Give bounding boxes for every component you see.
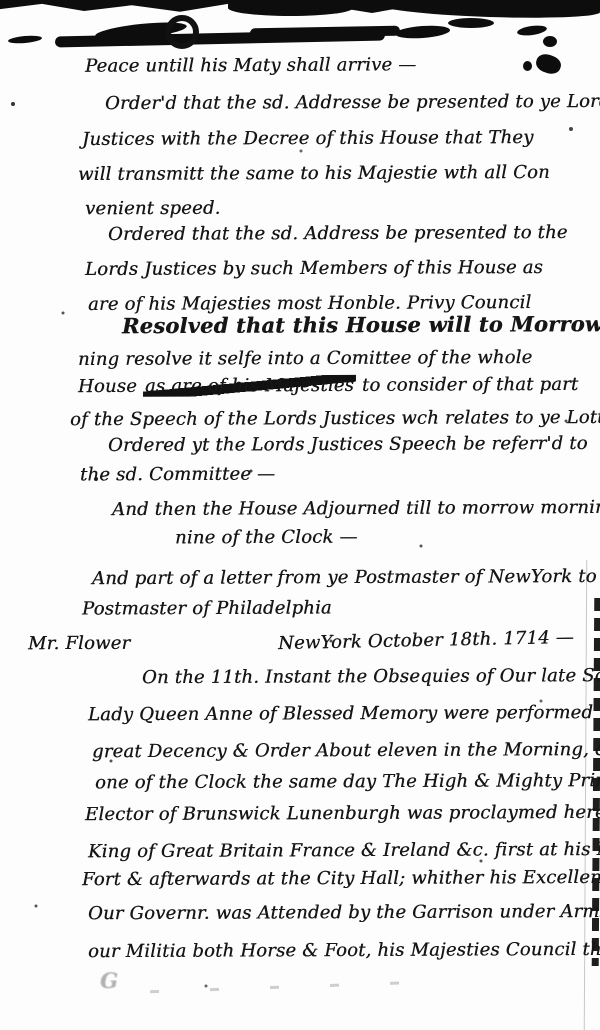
ink-blot	[517, 24, 548, 37]
torn-edge-blot	[228, 0, 353, 16]
ink-smear	[8, 35, 42, 45]
manuscript-line: And then the House Adjourned till to mor…	[112, 497, 600, 520]
manuscript-line: Order'd that the sd. Addresse be present…	[105, 91, 600, 114]
ink-curl	[165, 15, 199, 49]
manuscript-line: Our Governr. was Attended by the Garriso…	[88, 901, 600, 924]
ink-smear	[395, 24, 451, 40]
ink-blot	[543, 36, 557, 47]
manuscript-line: one of the Clock the same day The High &…	[95, 770, 600, 794]
manuscript-line: nine of the Clock —	[175, 527, 358, 549]
manuscript-line: Lady Queen Anne of Blessed Memory were p…	[88, 702, 600, 726]
torn-edge-blot	[380, 0, 600, 20]
manuscript-line-with-strikeout: House as are of his Majesties to conside…	[78, 374, 578, 397]
manuscript-line: Lords Justices by such Members of this H…	[85, 257, 543, 280]
line-text: to consider of that part	[356, 374, 578, 396]
manuscript-line: Ordered that the sd. Address be presente…	[108, 222, 568, 245]
ink-smear	[448, 18, 494, 28]
manuscript-line: of the Speech of the Lords Justices wch …	[70, 407, 600, 430]
manuscript-line-resolved: Resolved that this House will to Morrow …	[122, 311, 600, 338]
line-text: House	[78, 376, 143, 397]
manuscript-page: Peace untill his Maty shall arrive — Ord…	[0, 0, 600, 1030]
scan-noise-speckles	[0, 0, 2, 2]
manuscript-line: Peace untill his Maty shall arrive —	[85, 54, 416, 76]
manuscript-line: On the 11th. Instant the Obsequies of Ou…	[142, 665, 600, 688]
manuscript-line: Justices with the Decree of this House t…	[82, 127, 534, 150]
faded-ink-traces	[150, 980, 450, 993]
manuscript-line: Ordered yt the Lords Justices Speech be …	[108, 433, 588, 456]
manuscript-line: the sd. Committee —	[80, 464, 275, 486]
ink-blot	[534, 52, 563, 77]
manuscript-line: ning resolve it selfe into a Comittee of…	[78, 347, 532, 370]
manuscript-line: venient speed.	[85, 198, 221, 220]
manuscript-line: Fort & afterwards at the City Hall; whit…	[82, 867, 600, 890]
addressee: Mr. Flower	[28, 633, 130, 654]
manuscript-line: great Decency & Order About eleven in th…	[92, 739, 600, 763]
manuscript-line: our Militia both Horse & Foot, his Majes…	[88, 939, 600, 962]
letter-heading: Postmaster of Philadelphia	[82, 597, 332, 619]
manuscript-line: Elector of Brunswick Lunenburgh was proc…	[85, 802, 600, 825]
manuscript-line: King of Great Britain France & Ireland &…	[88, 839, 600, 862]
ink-blot	[523, 61, 532, 71]
struck-text: as are of his Majesties	[143, 375, 356, 397]
dateline: NewYork October 18th. 1714 —	[278, 627, 574, 654]
letter-heading: And part of a letter from ye Postmaster …	[92, 566, 600, 589]
manuscript-line: will transmitt the same to his Majestie …	[78, 162, 550, 185]
faded-partial-line: G	[100, 968, 118, 993]
